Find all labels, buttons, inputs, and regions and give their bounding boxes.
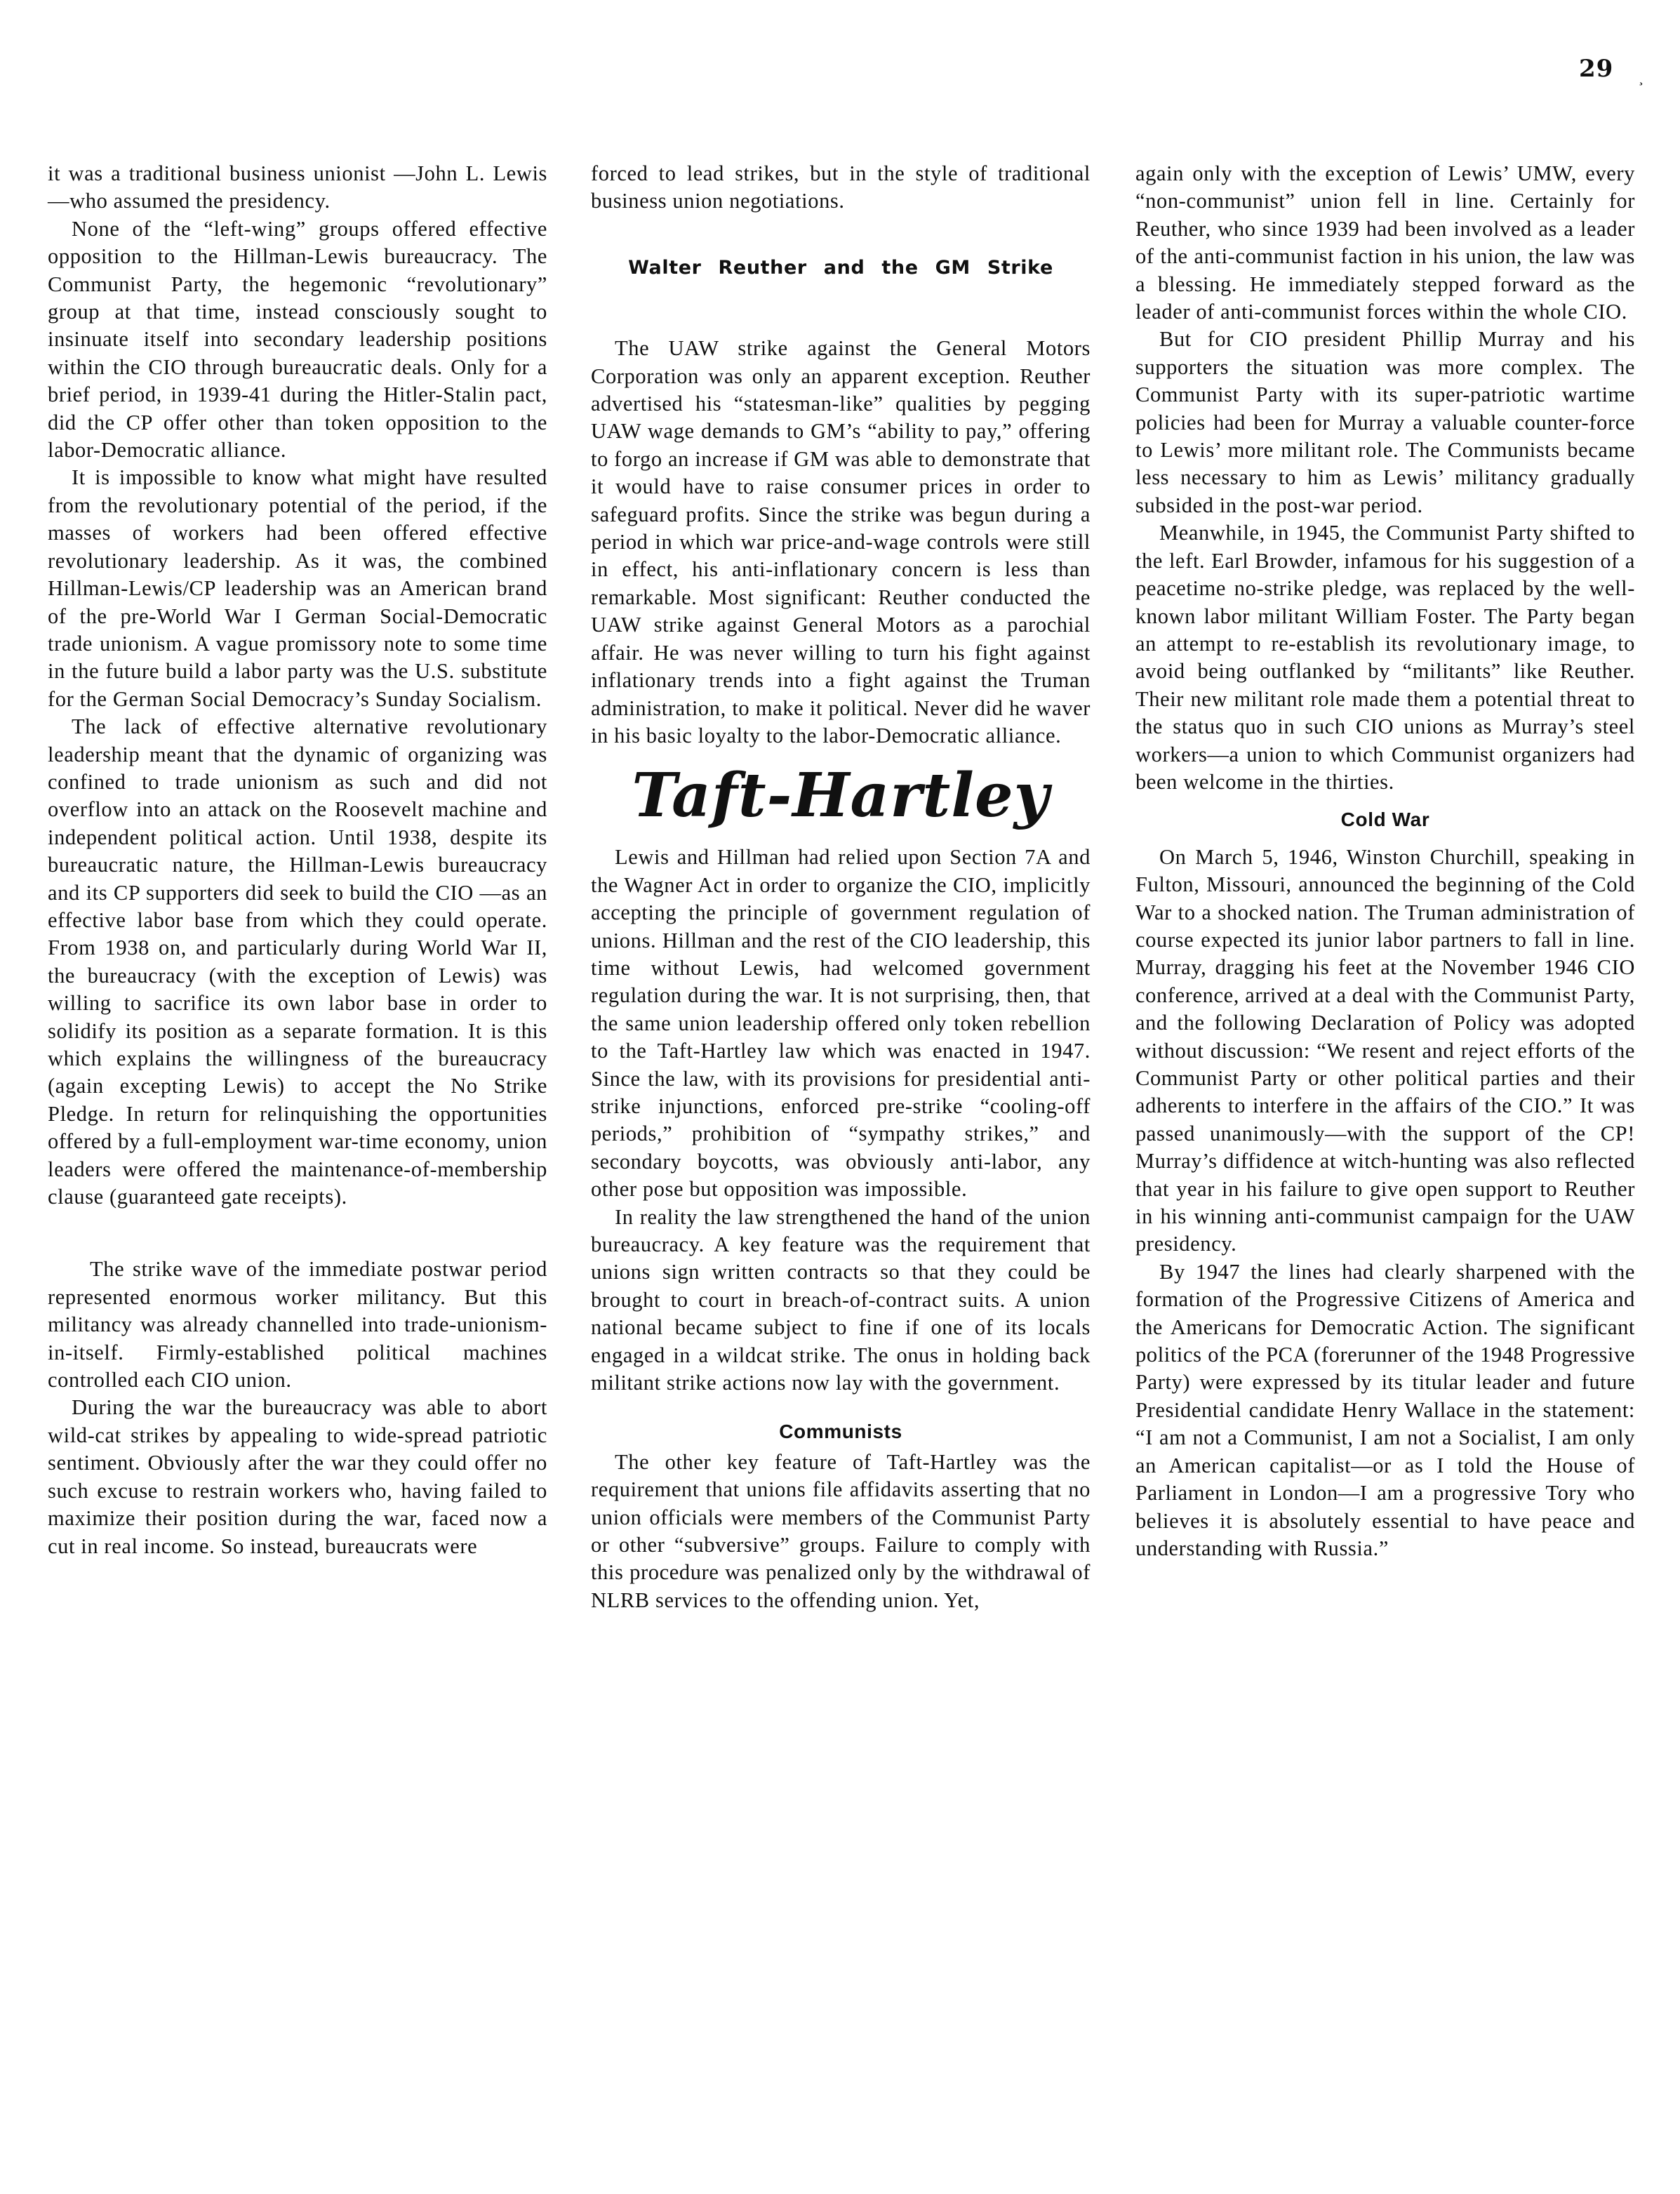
paragraph: it was a traditional business unionist —… xyxy=(48,160,547,215)
paragraph: None of the “left-wing” groups offered e… xyxy=(48,215,547,465)
paragraph: But for CIO president Phillip Murray and… xyxy=(1135,326,1635,519)
paragraph: Meanwhile, in 1945, the Communist Party … xyxy=(1135,519,1635,796)
column-3: again only with the exception of Lewis’ … xyxy=(1135,160,1635,1562)
paragraph: On March 5, 1946, Winston Churchill, spe… xyxy=(1135,844,1635,1258)
page-number: 29 xyxy=(1579,55,1613,83)
stray-print-mark: ¸ xyxy=(1639,70,1644,86)
paragraph: It is impossible to know what might have… xyxy=(48,464,547,713)
subheading-cold-war: Cold War xyxy=(1135,806,1635,833)
subheading-communists: Communists xyxy=(591,1418,1091,1445)
paragraph: again only with the exception of Lewis’ … xyxy=(1135,160,1635,326)
paragraph: forced to lead strikes, but in the style… xyxy=(591,160,1091,215)
paragraph: During the war the bureaucracy was able … xyxy=(48,1394,547,1560)
paragraph: The UAW strike against the General Motor… xyxy=(591,335,1091,750)
paragraph: In reality the law strengthened the hand… xyxy=(591,1204,1091,1397)
paragraph: By 1947 the lines had clearly sharpened … xyxy=(1135,1258,1635,1562)
paragraph: The lack of effective alternative revolu… xyxy=(48,713,547,1211)
paragraph: The other key feature of Taft-Hartley wa… xyxy=(591,1449,1091,1614)
column-2: forced to lead strikes, but in the style… xyxy=(591,160,1091,1614)
paragraph: Lewis and Hillman had relied upon Sectio… xyxy=(591,844,1091,1203)
section-title-taft-hartley: Taft-Hartley xyxy=(591,759,1091,832)
paragraph: The strike wave of the immediate postwar… xyxy=(48,1256,547,1394)
subheading-reuther-gm-strike: Walter Reuther and the GM Strike xyxy=(591,254,1091,281)
column-1: it was a traditional business unionist —… xyxy=(48,160,547,1560)
